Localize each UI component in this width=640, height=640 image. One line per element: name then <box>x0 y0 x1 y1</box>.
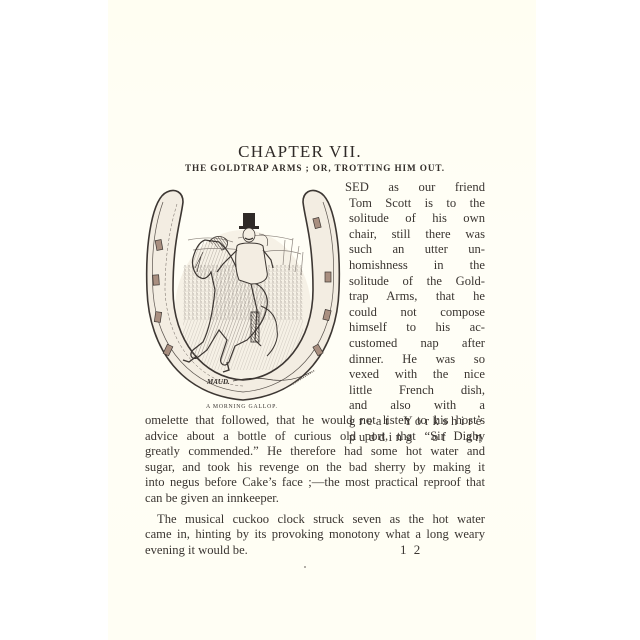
horseshoe-illustration: MAUD. <box>143 180 343 415</box>
horseshoe-horseman-engraving-icon: MAUD. <box>143 180 343 415</box>
chapter-subtitle: THE GOLDTRAP ARMS ; OR, TROTTING HIM OUT… <box>185 163 455 173</box>
chapter-heading: CHAPTER VII. <box>0 142 640 162</box>
text-line: omelette that followed, that he would no… <box>145 413 485 429</box>
text-line: little French dish, <box>345 383 485 399</box>
text-line: vexed with the nice <box>345 367 485 383</box>
text-line: into negus before Cake’s face ;—the most… <box>145 475 485 491</box>
text-line: solitude of his own <box>345 211 485 227</box>
text-line: such an utter un- <box>345 242 485 258</box>
text-line: sugar, and took his revenge on the bad s… <box>145 460 485 476</box>
text-line: can be given an innkeeper. <box>145 491 485 507</box>
full-width-text: omelette that followed, that he would no… <box>145 413 485 558</box>
text-line: The musical cuckoo clock struck seven as… <box>145 512 485 528</box>
text-line: trap Arms, that he <box>345 289 485 305</box>
text-line: customed nap after <box>345 336 485 352</box>
chapter-heading-text: CHAPTER VII. <box>238 142 362 161</box>
text-line: chair, still there was <box>345 227 485 243</box>
page-signature-number: 1 2 <box>400 542 422 558</box>
text-line: solitude of the Gold- <box>345 274 485 290</box>
svg-text:MAUD.: MAUD. <box>206 378 230 386</box>
text-line: could not compose <box>345 305 485 321</box>
text-line: himself to his ac- <box>345 320 485 336</box>
text-line: dinner. He was so <box>345 352 485 368</box>
text-line: Tom Scott is to the <box>345 196 485 212</box>
text-line: and also with a <box>345 398 485 414</box>
text-line: SED as our friend <box>345 180 485 196</box>
text-line: advice about a bottle of curious old por… <box>145 429 485 445</box>
text-line: greatly commended.” He therefore had som… <box>145 444 485 460</box>
ink-speck <box>304 566 306 568</box>
illustration-caption: A MORNING GALLOP. <box>206 404 278 410</box>
wrapped-text-column: SED as our friend Tom Scott is to the so… <box>345 180 485 445</box>
text-line: came in, hinting by its provoking monoto… <box>145 527 485 543</box>
text-line: evening it would be. <box>145 543 485 559</box>
text-line: homishness in the <box>345 258 485 274</box>
